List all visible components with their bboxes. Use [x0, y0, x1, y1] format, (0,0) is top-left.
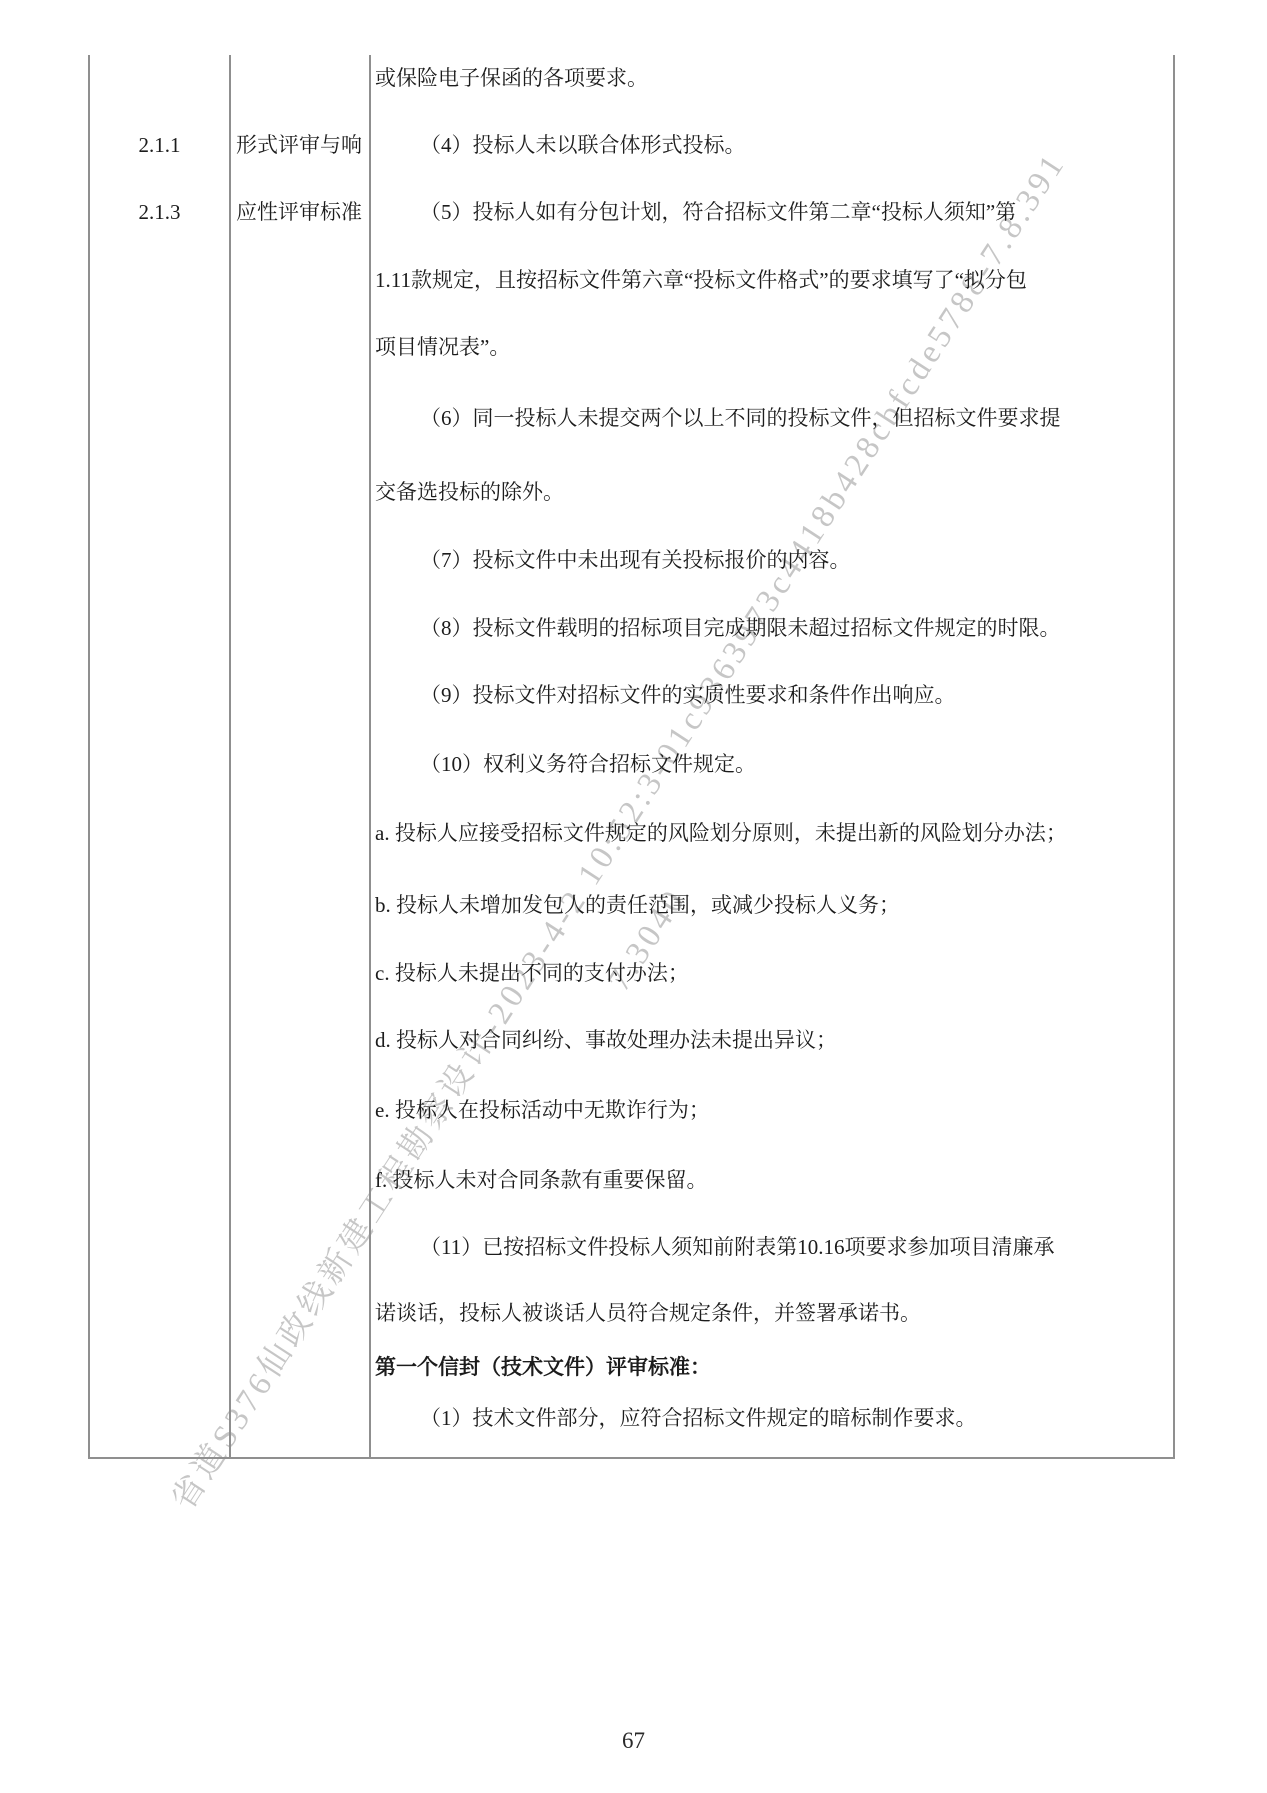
criteria-content-line: （6）同一投标人未提交两个以上不同的投标文件，但招标文件要求提 [375, 403, 1215, 433]
criteria-content-line: 诺谈话，投标人被谈话人员符合规定条件，并签署承诺书。 [375, 1298, 1170, 1328]
page-number: 67 [0, 1728, 1267, 1754]
criteria-content-line: 第一个信封（技术文件）评审标准： [375, 1352, 1170, 1382]
document-page: 省道S376仙政线新建工程勘察设计-2023-4-2 10:52:3-01c93… [0, 0, 1267, 1793]
criteria-content-line: a. 投标人应接受招标文件规定的风险划分原则，未提出新的风险划分办法； [375, 818, 1170, 848]
criteria-content-line: （11）已按招标文件投标人须知前附表第10.16项要求参加项目清廉承 [375, 1232, 1215, 1262]
criteria-content-line: d. 投标人对合同纠纷、事故处理办法未提出异议； [375, 1025, 1170, 1055]
criteria-content-line: （5）投标人如有分包计划，符合招标文件第二章“投标人须知”第 [375, 197, 1215, 227]
criteria-content-column: 或保险电子保函的各项要求。（4）投标人未以联合体形式投标。（5）投标人如有分包计… [90, 55, 1173, 1457]
criteria-content-line: （9）投标文件对招标文件的实质性要求和条件作出响应。 [375, 680, 1215, 710]
criteria-content-line: 交备选投标的除外。 [375, 477, 1170, 507]
criteria-content-line: 项目情况表”。 [375, 332, 1170, 362]
criteria-content-line: （1）技术文件部分，应符合招标文件规定的暗标制作要求。 [375, 1403, 1215, 1433]
criteria-content-line: 1.11款规定，且按招标文件第六章“投标文件格式”的要求填写了“拟分包 [375, 265, 1170, 295]
criteria-content-line: 或保险电子保函的各项要求。 [375, 63, 1170, 93]
criteria-content-line: b. 投标人未增加发包人的责任范围，或减少投标人义务； [375, 890, 1170, 920]
criteria-content-line: （4）投标人未以联合体形式投标。 [375, 130, 1215, 160]
criteria-content-line: c. 投标人未提出不同的支付办法； [375, 958, 1170, 988]
criteria-content-line: （8）投标文件载明的招标项目完成期限未超过招标文件规定的时限。 [375, 613, 1215, 643]
evaluation-criteria-table: 2.1.12.1.3 形式评审与响应性评审标准 或保险电子保函的各项要求。（4）… [88, 55, 1175, 1459]
criteria-content-line: （10）权利义务符合招标文件规定。 [375, 749, 1215, 779]
criteria-content-line: f. 投标人未对合同条款有重要保留。 [375, 1165, 1170, 1195]
criteria-content-line: （7）投标文件中未出现有关投标报价的内容。 [375, 545, 1215, 575]
criteria-content-line: e. 投标人在投标活动中无欺诈行为； [375, 1095, 1170, 1125]
